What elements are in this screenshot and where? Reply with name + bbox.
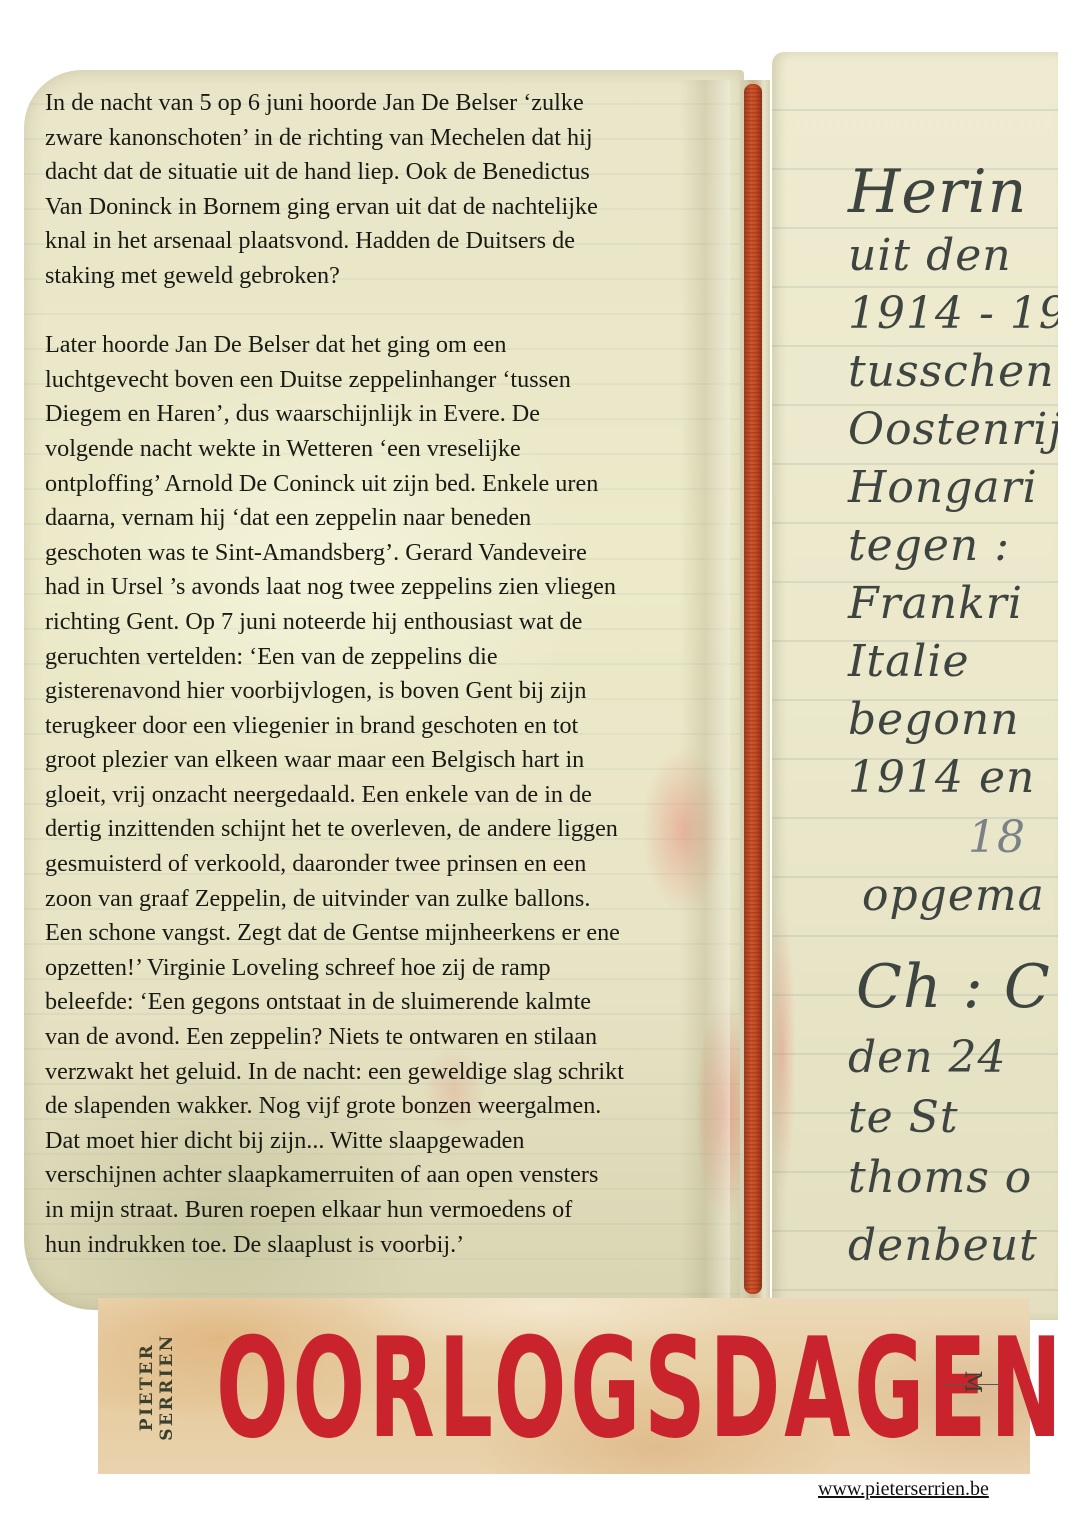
text-line: richting Gent. Op 7 juni noteerde hij en… [45,605,735,640]
text-line: gloeit, vrij onzacht neergedaald. Een en… [45,778,735,813]
text-line: ontploffing’ Arnold De Coninck uit zijn … [45,467,735,502]
text-line: opzetten!’ Virginie Loveling schreef hoe… [45,951,735,986]
handwritten-line: tusschen [848,346,1055,397]
handwritten-line: opgema [862,870,1045,921]
text-line: gisterenavond hier voorbijvlogen, is bov… [45,674,735,709]
text-line: dertig inzittenden schijnt het te overle… [45,812,735,847]
text-line: dacht dat de situatie uit de hand liep. … [45,155,735,190]
text-line: luchtgevecht boven een Duitse zeppelinha… [45,363,735,398]
handwritten-line: te St [848,1092,959,1143]
handwritten-line: tegen : [848,520,1010,571]
text-line: Diegem en Haren’, dus waarschijnlijk in … [45,397,735,432]
book-title-banner: PIETER SERRIEN OORLOGSDAGEN M [98,1298,1030,1474]
publisher-logo-glyph: M [960,1371,985,1391]
text-line: In de nacht van 5 op 6 juni hoorde Jan D… [45,86,735,121]
text-line: daarna, vernam hij ‘dat een zeppelin naa… [45,501,735,536]
text-line: had in Ursel ’s avonds laat nog twee zep… [45,570,735,605]
text-line: volgende nacht wekte in Wetteren ‘een vr… [45,432,735,467]
handwritten-line: Herin [848,157,1027,227]
paragraph-1: In de nacht van 5 op 6 juni hoorde Jan D… [45,86,735,294]
handwritten-line: Frankri [848,578,1023,629]
text-line: in mijn straat. Buren roepen elkaar hun … [45,1193,735,1228]
text-line: geruchten vertelden: ‘Een van de zeppeli… [45,640,735,675]
text-line: van de avond. Een zeppelin? Niets te ont… [45,1020,735,1055]
handwritten-line: thoms o [848,1152,1032,1203]
website-link[interactable]: www.pieterserrien.be [818,1478,989,1501]
author-last-name: SERRIEN [157,1333,177,1440]
text-line: verzwakt het geluid. In de nacht: een ge… [45,1055,735,1090]
book-title: OORLOGSDAGEN [216,1324,650,1454]
handwritten-line: 1914 en [848,752,1035,803]
text-line: knal in het arsenaal plaatsvond. Hadden … [45,224,735,259]
text-line: Van Doninck in Bornem ging ervan uit dat… [45,190,735,225]
text-line: verschijnen achter slaapkamerruiten of a… [45,1158,735,1193]
text-line: hun indrukken toe. De slaaplust is voorb… [45,1228,735,1263]
handwritten-line: begonn [848,694,1020,745]
paragraph-2: Later hoorde Jan De Belser dat het ging … [45,328,735,1262]
handwritten-line: 1914 - 19 [848,288,1058,339]
right-handwritten-page: Herin uit den 1914 - 19 tusschen Oostenr… [772,52,1058,1320]
text-line: zoon van graaf Zeppelin, de uitvinder va… [45,882,735,917]
red-binding-cord [744,84,762,1294]
publisher-logo-icon: M [944,1370,1000,1400]
handwritten-line: Oostenrij [848,404,1058,455]
handwritten-line: Hongari [848,462,1038,513]
author-name: PIETER SERRIEN [136,1322,176,1452]
text-line: Een schone vangst. Zegt dat de Gentse mi… [45,916,735,951]
text-line: zware kanonschoten’ in de richting van M… [45,121,735,156]
text-line: gesmuisterd of verkoold, daaronder twee … [45,847,735,882]
author-first-name: PIETER [137,1343,157,1431]
handwritten-line: denbeut [848,1220,1038,1271]
text-line: terugkeer door een vliegenier in brand g… [45,709,735,744]
text-line: beleefde: ‘Een gegons ontstaat in de slu… [45,985,735,1020]
handwritten-line: Italie [848,636,969,687]
text-line: groot plezier van elkeen waar maar een B… [45,743,735,778]
handwritten-line: uit den [848,230,1012,281]
handwritten-line: den 24 [848,1032,1007,1083]
handwritten-line: Ch : C [856,952,1051,1022]
text-line: staking met geweld gebroken? [45,259,735,294]
handwritten-line: 18 [968,812,1026,863]
article-body: In de nacht van 5 op 6 juni hoorde Jan D… [45,86,735,1262]
text-line: de slapenden wakker. Nog vijf grote bonz… [45,1089,735,1124]
text-line: Dat moet hier dicht bij zijn... Witte sl… [45,1124,735,1159]
text-line: geschoten was te Sint-Amandsberg’. Gerar… [45,536,735,571]
text-line: Later hoorde Jan De Belser dat het ging … [45,328,735,363]
